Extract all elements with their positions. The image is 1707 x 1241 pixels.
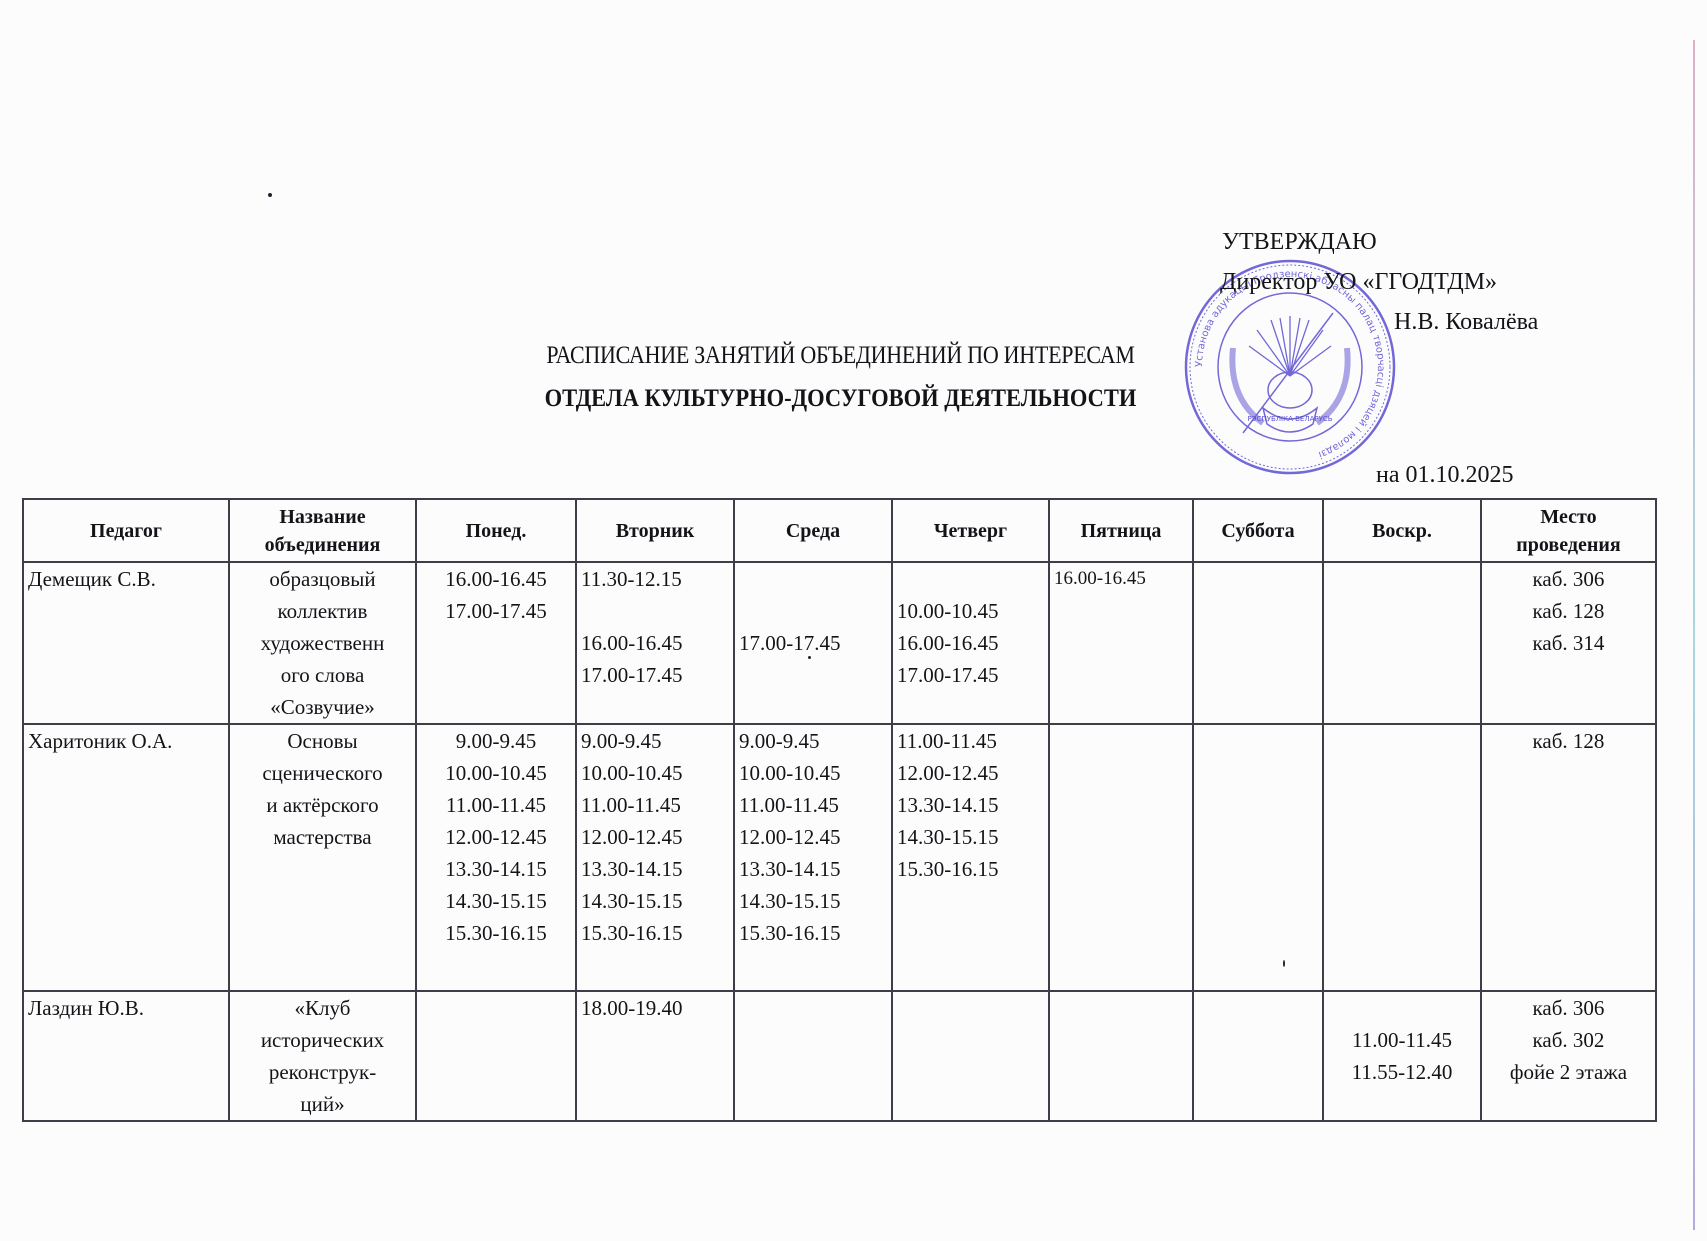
teacher-cell: Харитоник О.А. bbox=[23, 724, 229, 991]
saturday-cell bbox=[1193, 562, 1323, 724]
table-row: Харитоник О.А. Основы сценического и акт… bbox=[23, 724, 1656, 991]
tuesday-cell: 11.30-12.15 16.00-16.45 17.00-17.45 bbox=[576, 562, 734, 724]
friday-cell: 16.00-16.45 bbox=[1049, 562, 1193, 724]
header-sunday: Воскр. bbox=[1323, 499, 1481, 562]
tuesday-cell: 9.00-9.45 10.00-10.45 11.00-11.45 12.00-… bbox=[576, 724, 734, 991]
sunday-cell bbox=[1323, 562, 1481, 724]
association-cell: образцовый коллектив художественн ого сл… bbox=[229, 562, 416, 724]
header-wednesday: Среда bbox=[734, 499, 892, 562]
scan-speck bbox=[268, 193, 272, 197]
effective-date: на 01.10.2025 bbox=[1376, 462, 1514, 489]
table-header-row: Педагог Название объединения Понед. Втор… bbox=[23, 499, 1656, 562]
wednesday-cell: 17.00-17.45 bbox=[734, 562, 892, 724]
schedule-table: Педагог Название объединения Понед. Втор… bbox=[22, 498, 1657, 1122]
location-cell: каб. 306 каб. 128 каб. 314 bbox=[1481, 562, 1656, 724]
tuesday-cell: 18.00-19.40 bbox=[576, 991, 734, 1121]
header-saturday: Суббота bbox=[1193, 499, 1323, 562]
thursday-cell bbox=[892, 991, 1049, 1121]
header-friday: Пятница bbox=[1049, 499, 1193, 562]
table-row: Лаздин Ю.В. «Клуб исторических реконстру… bbox=[23, 991, 1656, 1121]
header-tuesday: Вторник bbox=[576, 499, 734, 562]
saturday-cell bbox=[1193, 724, 1323, 991]
scan-speck bbox=[808, 656, 811, 659]
teacher-cell: Демещик С.В. bbox=[23, 562, 229, 724]
monday-cell: 9.00-9.45 10.00-10.45 11.00-11.45 12.00-… bbox=[416, 724, 576, 991]
sunday-cell: 11.00-11.45 11.55-12.40 bbox=[1323, 991, 1481, 1121]
header-thursday: Четверг bbox=[892, 499, 1049, 562]
sunday-cell bbox=[1323, 724, 1481, 991]
thursday-cell: 11.00-11.45 12.00-12.45 13.30-14.15 14.3… bbox=[892, 724, 1049, 991]
approval-heading: УТВЕРЖДАЮ bbox=[1222, 222, 1377, 262]
document-subtitle: ОТДЕЛА КУЛЬТУРНО-ДОСУГОВОЙ ДЕЯТЕЛЬНОСТИ bbox=[72, 385, 1608, 413]
wednesday-cell: 9.00-9.45 10.00-10.45 11.00-11.45 12.00-… bbox=[734, 724, 892, 991]
scan-speck bbox=[1283, 960, 1285, 967]
association-cell: Основы сценического и актёрского мастерс… bbox=[229, 724, 416, 991]
header-association: Название объединения bbox=[229, 499, 416, 562]
document-title: РАСПИСАНИЕ ЗАНЯТИЙ ОБЪЕДИНЕНИЙ ПО ИНТЕРЕ… bbox=[89, 342, 1591, 370]
teacher-cell: Лаздин Ю.В. bbox=[23, 991, 229, 1121]
monday-cell bbox=[416, 991, 576, 1121]
table-row: Демещик С.В. образцовый коллектив художе… bbox=[23, 562, 1656, 724]
location-cell: каб. 306 каб. 302 фойе 2 этажа bbox=[1481, 991, 1656, 1121]
thursday-cell: 10.00-10.45 16.00-16.45 17.00-17.45 bbox=[892, 562, 1049, 724]
friday-cell bbox=[1049, 724, 1193, 991]
approval-signatory: Н.В. Ковалёва bbox=[1394, 302, 1538, 342]
saturday-cell bbox=[1193, 991, 1323, 1121]
association-cell: «Клуб исторических реконструк- ций» bbox=[229, 991, 416, 1121]
approval-position: Директор УО «ГГОДТДМ» bbox=[1220, 262, 1497, 302]
header-location: Место проведения bbox=[1481, 499, 1656, 562]
scan-page-edge bbox=[1693, 40, 1695, 1230]
svg-text:РЭСПУБЛІКА БЕЛАРУСЬ: РЭСПУБЛІКА БЕЛАРУСЬ bbox=[1247, 415, 1332, 423]
wednesday-cell bbox=[734, 991, 892, 1121]
location-cell: каб. 128 bbox=[1481, 724, 1656, 991]
monday-cell: 16.00-16.45 17.00-17.45 bbox=[416, 562, 576, 724]
header-monday: Понед. bbox=[416, 499, 576, 562]
friday-cell bbox=[1049, 991, 1193, 1121]
header-teacher: Педагог bbox=[23, 499, 229, 562]
